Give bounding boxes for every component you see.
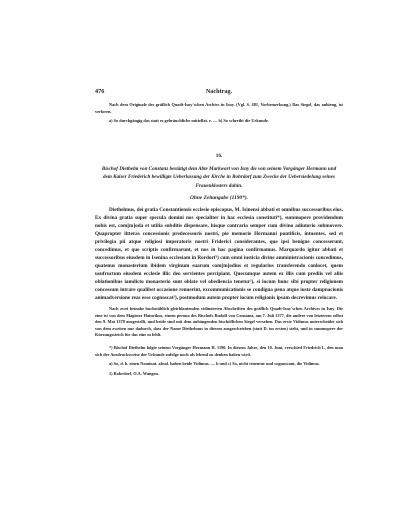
source-note: Nach dem Originale des gräflich Quadt-Is… <box>95 102 343 115</box>
footnote: *) Bischof Diethelm folgte seinem Vorgän… <box>95 345 343 358</box>
charter-text: Diethelmus, dei gratia Constantiensis ec… <box>95 206 343 302</box>
running-title: Nachtrag. <box>95 88 343 95</box>
variant-note: a) So durchgängig das statt es gebräuchl… <box>95 118 343 125</box>
charter-paragraph: Diethelmus, dei gratia Constantiensis ec… <box>95 206 343 302</box>
footnote: 1) Rohrdorf, O.A. Wangen. <box>95 371 343 378</box>
book-page: 476 Nachtrag. Nach dem Originale des grä… <box>95 88 343 380</box>
footnotes: *) Bischof Diethelm folgte seinem Vorgän… <box>95 345 343 377</box>
document-regest: Bischof Diethelm von Constanz bestätigt … <box>95 165 343 190</box>
document-number: 16. <box>95 153 343 159</box>
running-head: 476 Nachtrag. <box>95 88 343 98</box>
editorial-commentary: Nach zwei beinahe buchstäblich gleichlau… <box>95 306 343 339</box>
document-dating: Ohne Zeitangabe (1190*). <box>95 195 343 201</box>
footnote: a) So, d. h. einen Nominat. absol. haben… <box>95 361 343 368</box>
